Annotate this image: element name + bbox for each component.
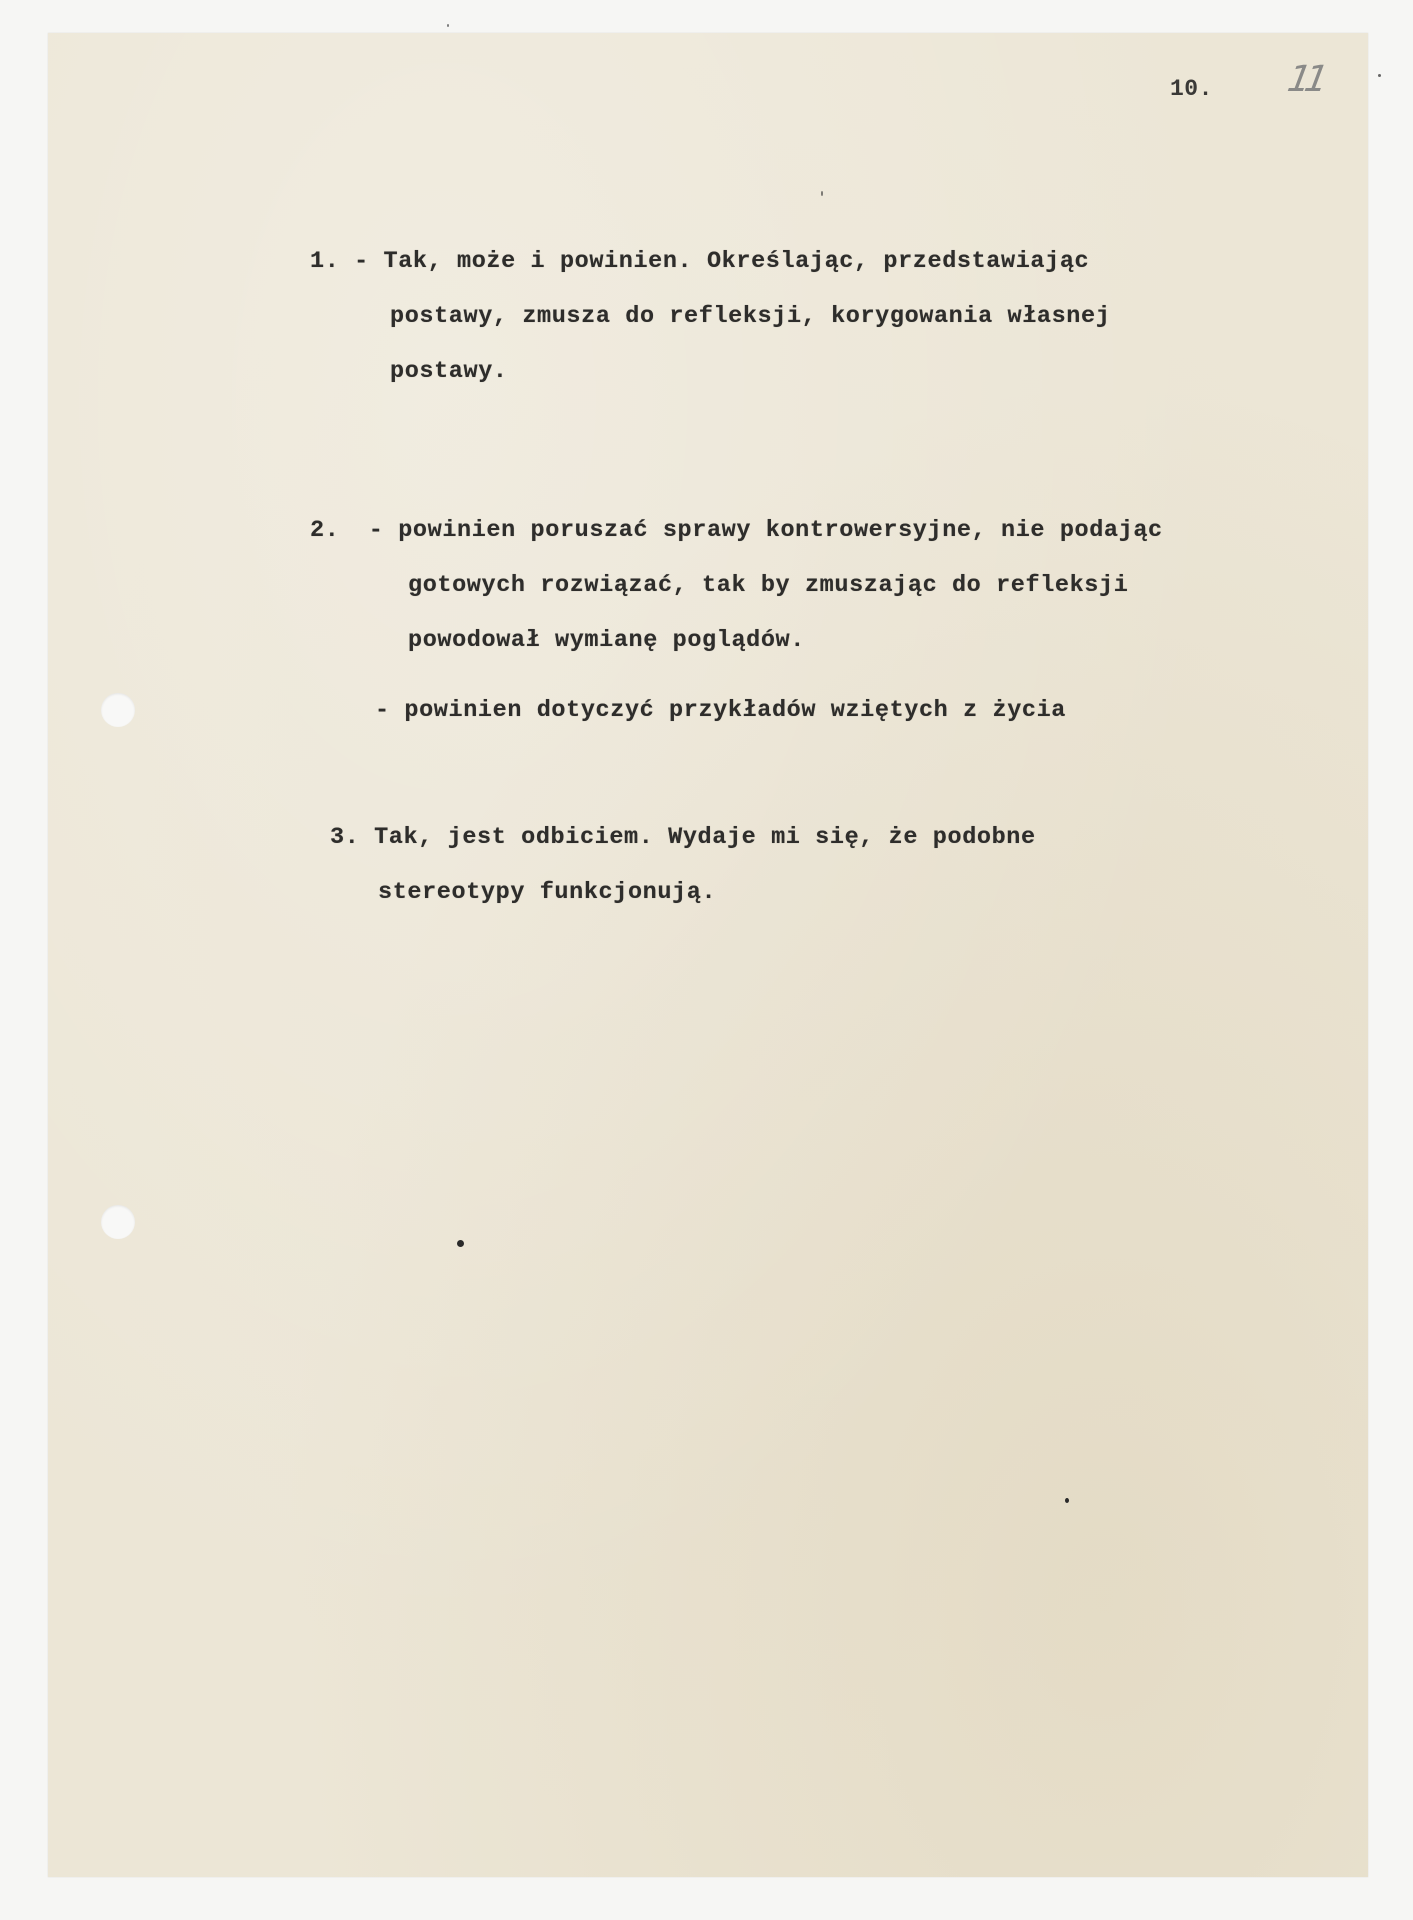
page-number: 10. (1170, 76, 1213, 102)
item-1-line-3: postawy. (390, 358, 508, 386)
item-3-line-1: 3. Tak, jest odbiciem. Wydaje mi się, że… (330, 824, 1036, 852)
document-page: 10. 11 1. - Tak, może i powinien. Określ… (48, 33, 1368, 1877)
punch-hole-bottom (101, 1205, 135, 1239)
item-1-line-1: 1. - Tak, może i powinien. Określając, p… (310, 248, 1089, 276)
item-2-line-3: powodował wymianę poglądów. (408, 627, 805, 655)
item-3-line-2: stereotypy funkcjonują. (378, 879, 716, 907)
ink-speck (457, 1240, 464, 1247)
ink-speck (447, 24, 449, 27)
item-2-line-2: gotowych rozwiązać, tak by zmuszając do … (408, 572, 1128, 600)
handwritten-page-number: 11 (1284, 59, 1325, 100)
item-1-line-2: postawy, zmusza do refleksji, korygowani… (390, 303, 1110, 331)
item-2-line-1: 2. - powinien poruszać sprawy kontrowers… (310, 517, 1163, 545)
item-2-line-4: - powinien dotyczyć przykładów wziętych … (375, 697, 1066, 725)
ink-speck (1065, 1498, 1069, 1503)
punch-hole-top (101, 693, 135, 727)
ink-speck (1378, 74, 1381, 77)
ink-speck (821, 191, 823, 196)
